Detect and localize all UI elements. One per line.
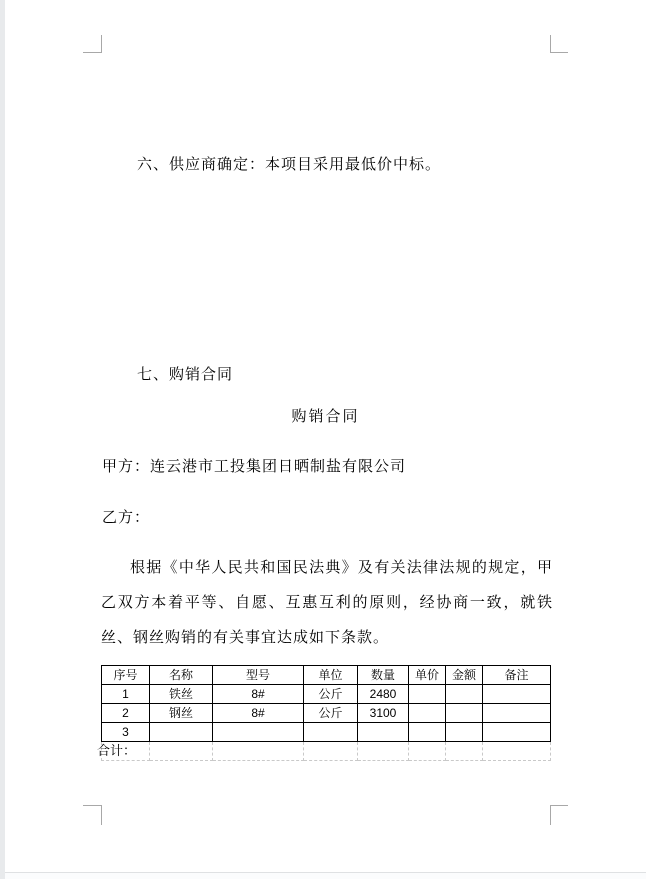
table-cell — [446, 723, 483, 742]
crop-mark-top-right — [550, 52, 568, 53]
table-cell: 8# — [213, 704, 304, 723]
window-left-gutter — [0, 0, 5, 879]
table-cell — [446, 685, 483, 704]
party-b-line: 乙方： — [101, 508, 150, 528]
crop-mark-bottom-left — [83, 805, 101, 806]
table-cell — [213, 723, 304, 742]
table-cell — [358, 742, 409, 761]
total-label-cell: 合计： — [102, 742, 150, 761]
table-cell — [304, 742, 358, 761]
header-cell: 数量 — [358, 666, 409, 685]
header-cell: 单位 — [304, 666, 358, 685]
header-cell: 名称 — [150, 666, 213, 685]
table-row: 3 — [102, 723, 551, 742]
crop-mark-bottom-right — [550, 805, 568, 806]
table-cell — [409, 685, 446, 704]
crop-mark-top-left — [101, 35, 102, 53]
table-cell — [409, 704, 446, 723]
table-total-row: 合计： — [102, 742, 551, 761]
table-cell — [483, 704, 551, 723]
table-cell — [409, 723, 446, 742]
party-a-line: 甲方：连云港市工投集团日晒制盐有限公司 — [101, 457, 406, 477]
table-cell — [446, 742, 483, 761]
table-cell — [446, 704, 483, 723]
table-cell — [304, 723, 358, 742]
table-cell: 2 — [102, 704, 150, 723]
section-seven-heading: 七、购销合同 — [101, 365, 233, 385]
table-cell: 公斤 — [304, 704, 358, 723]
table-row: 1 铁丝 8# 公斤 2480 — [102, 685, 551, 704]
section-six-heading: 六、供应商确定：本项目采用最低价中标。 — [101, 155, 441, 175]
header-cell: 单价 — [409, 666, 446, 685]
table-cell: 铁丝 — [150, 685, 213, 704]
header-cell: 序号 — [102, 666, 150, 685]
table-cell — [358, 723, 409, 742]
table-cell — [150, 742, 213, 761]
crop-mark-top-left — [83, 52, 101, 53]
table-cell — [483, 723, 551, 742]
table-cell: 8# — [213, 685, 304, 704]
table-cell: 公斤 — [304, 685, 358, 704]
header-cell: 型号 — [213, 666, 304, 685]
items-table: 序号 名称 型号 单位 数量 单价 金额 备注 1 铁丝 8# 公斤 2480 … — [101, 665, 551, 761]
table-cell — [483, 742, 551, 761]
table-cell: 2480 — [358, 685, 409, 704]
table-header-row: 序号 名称 型号 单位 数量 单价 金额 备注 — [102, 666, 551, 685]
crop-mark-bottom-right — [550, 805, 551, 825]
table-cell: 1 — [102, 685, 150, 704]
contract-title: 购销合同 — [101, 407, 550, 427]
table-cell: 3100 — [358, 704, 409, 723]
page-bottom-edge — [5, 872, 646, 879]
document-page: 六、供应商确定：本项目采用最低价中标。 七、购销合同 购销合同 甲方：连云港市工… — [0, 0, 646, 879]
table-cell — [483, 685, 551, 704]
header-cell: 金额 — [446, 666, 483, 685]
total-label: 合计： — [97, 742, 136, 760]
table-cell — [150, 723, 213, 742]
contract-preamble: 根据《中华人民共和国民法典》及有关法律法规的规定，甲乙双方本着平等、自愿、互惠互… — [101, 550, 553, 655]
table-cell: 钢丝 — [150, 704, 213, 723]
table-row: 2 钢丝 8# 公斤 3100 — [102, 704, 551, 723]
table-cell: 3 — [102, 723, 150, 742]
table-cell — [409, 742, 446, 761]
crop-mark-top-right — [550, 35, 551, 53]
table-cell — [213, 742, 304, 761]
header-cell: 备注 — [483, 666, 551, 685]
crop-mark-bottom-left — [101, 805, 102, 825]
